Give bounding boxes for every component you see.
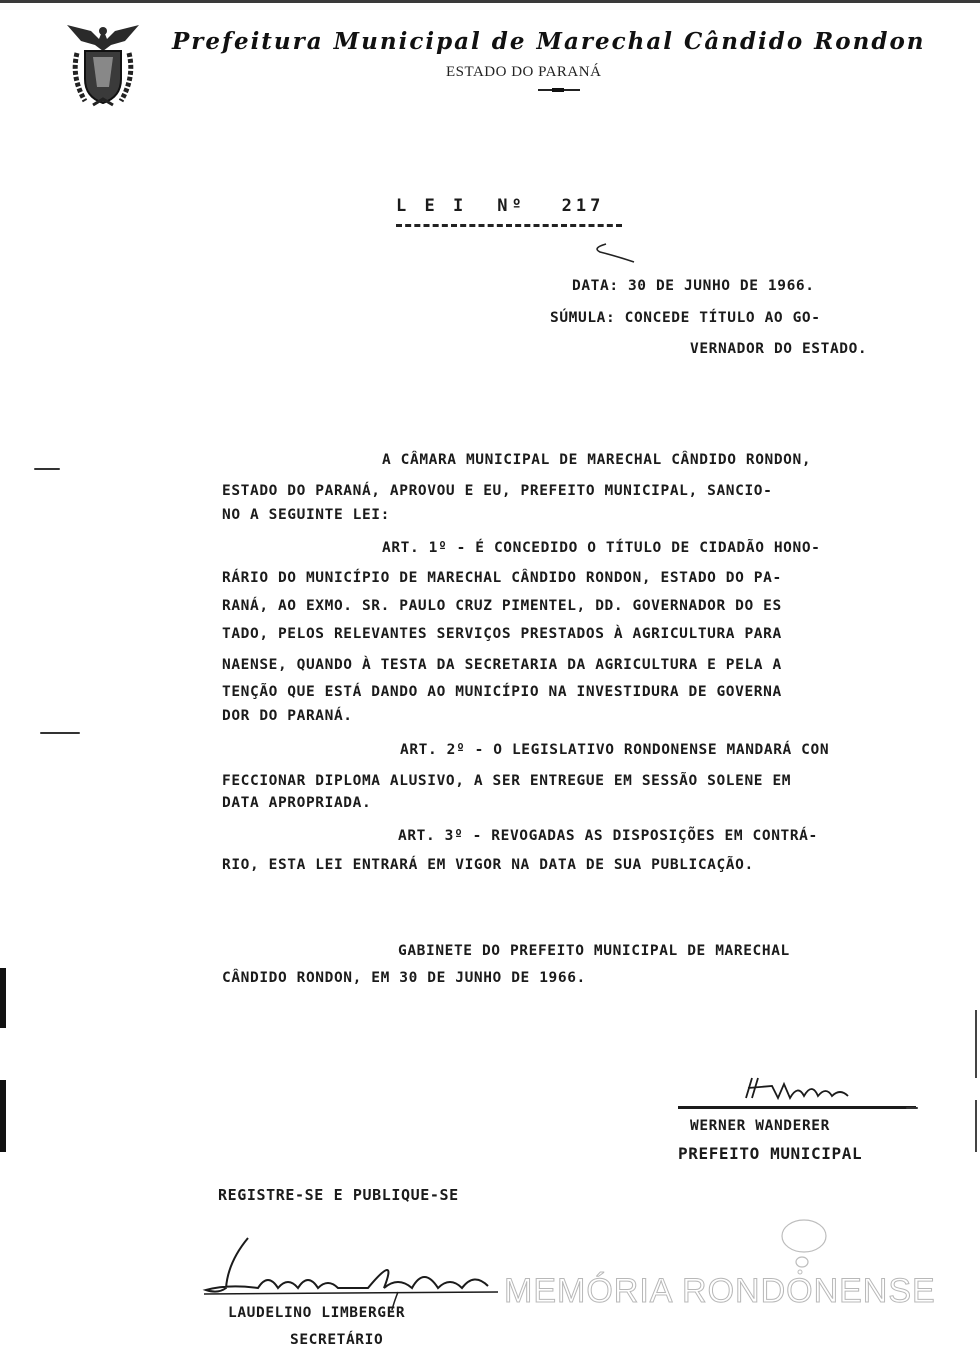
secretary-name: LAUDELINO LIMBERGER [228, 1305, 405, 1321]
closing-line: CÂNDIDO RONDON, EM 30 DE JUNHO DE 1966. [222, 970, 586, 986]
register-note: REGISTRE-SE E PUBLIQUE-SE [218, 1186, 459, 1204]
secretary-title: SECRETÁRIO [290, 1332, 383, 1347]
scan-edge-artifact [0, 1080, 6, 1152]
preamble-line: A CÂMARA MUNICIPAL DE MARECHAL CÂNDIDO R… [382, 452, 811, 468]
scan-edge-artifact [0, 968, 6, 1028]
mayor-signature-line [678, 1106, 916, 1109]
article-1-line: ART. 1º - É CONCEDIDO O TÍTULO DE CIDADÃ… [382, 540, 821, 556]
preamble-line: NO A SEGUINTE LEI: [222, 507, 390, 523]
article-1-line: DOR DO PARANÁ. [222, 708, 353, 724]
law-number-label: Nº [497, 196, 525, 216]
article-3-line: RIO, ESTA LEI ENTRARÁ EM VIGOR NA DATA D… [222, 857, 754, 873]
thought-bubble-icon [778, 1218, 828, 1278]
preamble-line: ESTADO DO PARANÁ, APROVOU E EU, PREFEITO… [222, 483, 772, 499]
article-1-line: TENÇÃO QUE ESTÁ DANDO AO MUNICÍPIO NA IN… [222, 684, 782, 700]
scan-edge-artifact [975, 1100, 977, 1152]
article-2-line: ART. 2º - O LEGISLATIVO RONDONENSE MANDA… [400, 742, 829, 758]
article-2-line: FECCIONAR DIPLOMA ALUSIVO, A SER ENTREGU… [222, 773, 791, 789]
watermark-text: MEMÓRIA RONDONENSE [504, 1272, 936, 1311]
scan-speck [34, 468, 60, 470]
law-label: L E I [396, 196, 467, 216]
article-1-line: RANÁ, AO EXMO. SR. PAULO CRUZ PIMENTEL, … [222, 598, 782, 614]
date-line: DATA: 30 DE JUNHO DE 1966. [572, 278, 815, 294]
mayor-title: PREFEITO MUNICIPAL [678, 1144, 862, 1163]
scan-speck [40, 732, 80, 734]
letterhead-title: Prefeitura Municipal de Marechal Cândido… [172, 28, 912, 55]
article-1-line: TADO, PELOS RELEVANTES SERVIÇOS PRESTADO… [222, 626, 782, 642]
article-2-line: DATA APROPRIADA. [222, 795, 371, 811]
law-number: 217 [562, 196, 605, 216]
parana-coat-of-arms-icon [63, 17, 143, 109]
article-3-line: ART. 3º - REVOGADAS AS DISPOSIÇÕES EM CO… [398, 828, 818, 844]
law-title-underline [396, 224, 622, 227]
summary-line-2: VERNADOR DO ESTADO. [690, 341, 867, 357]
article-1-line: RÁRIO DO MUNICÍPIO DE MARECHAL CÂNDIDO R… [222, 570, 782, 586]
summary-line-1: SÚMULA: CONCEDE TÍTULO AO GO- [550, 310, 821, 326]
scan-edge-artifact [975, 1010, 977, 1078]
closing-line: GABINETE DO PREFEITO MUNICIPAL DE MARECH… [398, 943, 790, 959]
letterhead-state: ESTADO DO PARANÁ [446, 64, 601, 81]
scan-speck [906, 1107, 918, 1109]
secretary-signature [198, 1232, 508, 1312]
mayor-name: WERNER WANDERER [690, 1118, 830, 1134]
law-title: L E INº217 [396, 196, 604, 216]
mayor-signature [742, 1074, 852, 1104]
article-1-line: NAENSE, QUANDO À TESTA DA SECRETARIA DA … [222, 657, 782, 673]
letterhead-ornament [538, 89, 580, 91]
scan-top-border [0, 0, 980, 3]
handwritten-mark [590, 240, 640, 270]
